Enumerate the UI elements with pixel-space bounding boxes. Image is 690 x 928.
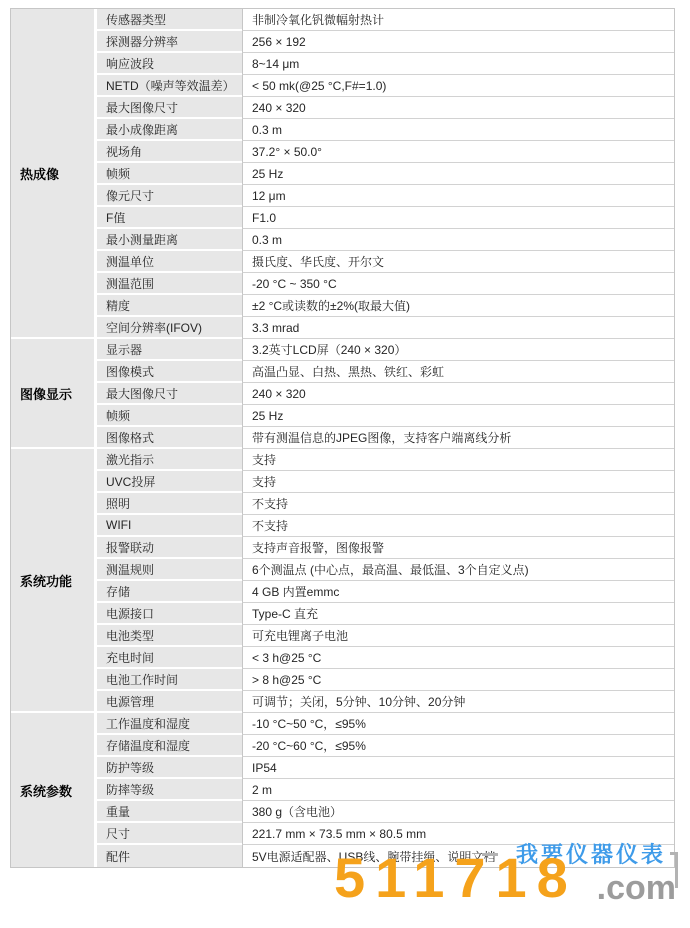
param-value-cell: 240 × 320: [242, 97, 674, 119]
param-value-cell: 8~14 μm: [242, 53, 674, 75]
param-value-cell: 可充电锂离子电池: [242, 625, 674, 647]
param-name-cell: 视场角: [97, 141, 242, 163]
param-value-cell: ±2 °C或读数的±2%(取最大值): [242, 295, 674, 317]
param-value-cell: F1.0: [242, 207, 674, 229]
watermark-number: 511718: [334, 850, 578, 906]
param-value-cell: 带有测温信息的JPEG图像，支持客户端离线分析: [242, 427, 674, 449]
param-value-cell: -20 °C ~ 350 °C: [242, 273, 674, 295]
param-name-cell: 防摔等级: [97, 779, 242, 801]
param-value-cell: 不支持: [242, 515, 674, 537]
param-name-cell: 空间分辨率(IFOV): [97, 317, 242, 339]
param-name-cell: 报警联动: [97, 537, 242, 559]
page: { "colors": { "cell_gray": "#e7e7e7", "g…: [0, 0, 690, 928]
param-name-cell: 显示器: [97, 339, 242, 361]
param-value-cell: 不支持: [242, 493, 674, 515]
param-name-cell: 重量: [97, 801, 242, 823]
param-name-cell: 充电时间: [97, 647, 242, 669]
param-value-cell: IP54: [242, 757, 674, 779]
param-value-cell: 25 Hz: [242, 405, 674, 427]
param-name-cell: 电源接口: [97, 603, 242, 625]
category-cell: 热成像: [11, 9, 97, 339]
param-name-cell: NETD（噪声等效温差）: [97, 75, 242, 97]
param-name-cell: 最小测量距离: [97, 229, 242, 251]
param-name-cell: 存储: [97, 581, 242, 603]
param-name-cell: UVC投屏: [97, 471, 242, 493]
param-value-cell: 支持声音报警，图像报警: [242, 537, 674, 559]
param-name-cell: 像元尺寸: [97, 185, 242, 207]
param-value-cell: < 3 h@25 °C: [242, 647, 674, 669]
param-value-cell: 0.3 m: [242, 119, 674, 141]
param-value-cell: 256 × 192: [242, 31, 674, 53]
param-name-cell: 最小成像距离: [97, 119, 242, 141]
param-value-cell: 37.2° × 50.0°: [242, 141, 674, 163]
spec-table: 热成像传感器类型非制冷氧化钒微幅射热计探测器分辨率256 × 192响应波段8~…: [10, 8, 675, 868]
param-value-cell: 支持: [242, 471, 674, 493]
param-value-cell: 高温凸显、白热、黑热、铁红、彩虹: [242, 361, 674, 383]
param-name-cell: 帧频: [97, 163, 242, 185]
param-value-cell: 0.3 m: [242, 229, 674, 251]
param-value-cell: < 50 mk(@25 °C,F#=1.0): [242, 75, 674, 97]
param-name-cell: 电源管理: [97, 691, 242, 713]
param-value-cell: 2 m: [242, 779, 674, 801]
param-name-cell: WIFI: [97, 515, 242, 537]
param-value-cell: 4 GB 内置emmc: [242, 581, 674, 603]
watermark-domain-suffix: .com: [597, 871, 676, 905]
param-value-cell: 6个测温点 (中心点，最高温、最低温、3个自定义点): [242, 559, 674, 581]
param-name-cell: 测温规则: [97, 559, 242, 581]
param-name-cell: 电池类型: [97, 625, 242, 647]
param-name-cell: 照明: [97, 493, 242, 515]
param-name-cell: 最大图像尺寸: [97, 383, 242, 405]
param-name-cell: 探测器分辨率: [97, 31, 242, 53]
param-value-cell: -20 °C~60 °C，≤95%: [242, 735, 674, 757]
param-name-cell: 存储温度和湿度: [97, 735, 242, 757]
category-cell: 系统功能: [11, 449, 97, 713]
param-name-cell: 帧频: [97, 405, 242, 427]
param-name-cell: 图像格式: [97, 427, 242, 449]
param-value-cell: 380 g（含电池）: [242, 801, 674, 823]
watermark-logo: 我要仪器仪表 511718 .com: [332, 844, 678, 914]
param-name-cell: 精度: [97, 295, 242, 317]
param-name-cell: 尺寸: [97, 823, 242, 845]
param-name-cell: 图像模式: [97, 361, 242, 383]
param-name-cell: 传感器类型: [97, 9, 242, 31]
param-value-cell: 摄氏度、华氏度、开尔文: [242, 251, 674, 273]
param-name-cell: F值: [97, 207, 242, 229]
param-value-cell: 可调节；关闭，5分钟、10分钟、20分钟: [242, 691, 674, 713]
param-name-cell: 防护等级: [97, 757, 242, 779]
param-name-cell: 激光指示: [97, 449, 242, 471]
param-value-cell: 25 Hz: [242, 163, 674, 185]
param-name-cell: 电池工作时间: [97, 669, 242, 691]
param-value-cell: > 8 h@25 °C: [242, 669, 674, 691]
param-name-cell: 配件: [97, 845, 242, 867]
category-cell: 系统参数: [11, 713, 97, 867]
param-name-cell: 测温单位: [97, 251, 242, 273]
param-value-cell: 非制冷氧化钒微幅射热计: [242, 9, 674, 31]
param-name-cell: 响应波段: [97, 53, 242, 75]
param-value-cell: 3.2英寸LCD屏（240 × 320）: [242, 339, 674, 361]
param-name-cell: 测温范围: [97, 273, 242, 295]
param-value-cell: -10 °C~50 °C，≤95%: [242, 713, 674, 735]
param-name-cell: 最大图像尺寸: [97, 97, 242, 119]
param-value-cell: 12 μm: [242, 185, 674, 207]
param-name-cell: 工作温度和湿度: [97, 713, 242, 735]
param-value-cell: 3.3 mrad: [242, 317, 674, 339]
param-value-cell: Type-C 直充: [242, 603, 674, 625]
category-cell: 图像显示: [11, 339, 97, 449]
param-value-cell: 支持: [242, 449, 674, 471]
param-value-cell: 240 × 320: [242, 383, 674, 405]
